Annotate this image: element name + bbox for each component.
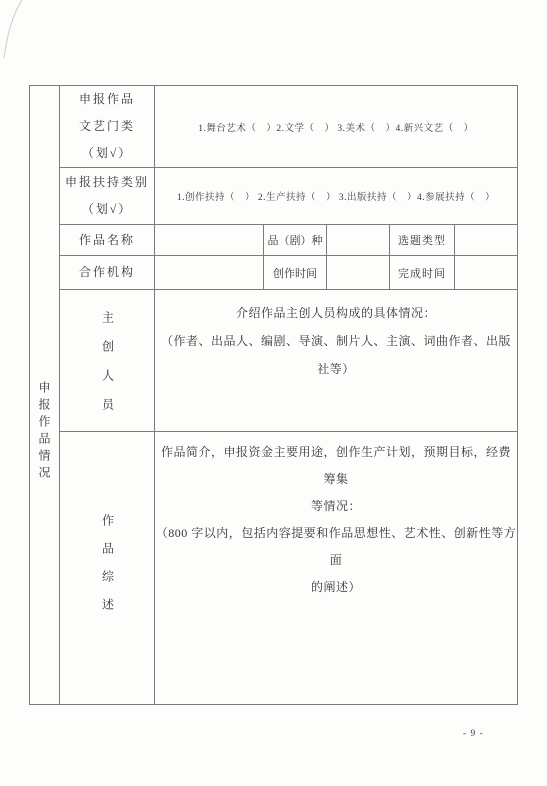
- creators-description-line1: 介绍作品主创人员构成的具体情况：: [155, 299, 517, 327]
- row-genre: 申报作品 文艺门类 （划√） 1.舞台艺术（ ）2.文学（ ） 3.美术（ ）4…: [60, 86, 517, 168]
- scanned-form-page: 申报作品情况 申报作品 文艺门类 （划√） 1.舞台艺术（ ）2.文学（ ） 3…: [0, 0, 547, 786]
- summary-description-line1: 作品简介，申报资金主要用途，创作生产计划，预期目标，经费筹集: [155, 439, 517, 493]
- creators-side-label: 主创人员: [94, 311, 121, 427]
- work-kind-label: 品（剧）种: [264, 225, 327, 255]
- genre-options-cell: 1.舞台艺术（ ）2.文学（ ） 3.美术（ ）4.新兴文艺（ ）: [155, 86, 517, 167]
- finish-time-value-cell: [455, 256, 517, 289]
- summary-description-line4: 的阐述）: [155, 574, 517, 601]
- work-name-value-cell: [155, 225, 264, 255]
- table-side-column: 申报作品情况: [30, 86, 60, 704]
- genre-label-line3: （划√）: [82, 140, 133, 167]
- creation-time-value-cell: [327, 256, 390, 289]
- finish-time-label: 完成时间: [390, 256, 455, 289]
- summary-description-cell: 作品简介，申报资金主要用途，创作生产计划，预期目标，经费筹集 等情况： （800…: [155, 432, 517, 704]
- support-label-cell: 申报扶持类别 （划√）: [60, 168, 155, 224]
- page-number: - 9 -: [463, 729, 484, 739]
- support-label-line1: 申报扶持类别: [65, 169, 149, 196]
- summary-side-label: 作品综述: [94, 514, 121, 626]
- side-label-declared-work-info: 申报作品情况: [36, 381, 53, 483]
- creators-description-cell: 介绍作品主创人员构成的具体情况： （作者、出品人、编剧、导演、制片人、主演、词曲…: [155, 290, 517, 431]
- genre-label-cell: 申报作品 文艺门类 （划√）: [60, 86, 155, 167]
- work-kind-value-cell: [327, 225, 390, 255]
- row-cooperation: 合作机构 创作时间 完成时间: [60, 256, 517, 290]
- topic-type-value-cell: [455, 225, 517, 255]
- work-name-label: 作品名称: [60, 225, 155, 255]
- support-label-line2: （划√）: [82, 196, 133, 223]
- summary-description-line3: （800 字以内，包括内容提要和作品思想性、艺术性、创新性等方面: [155, 520, 517, 574]
- creators-description-line2: （作者、出品人、编剧、导演、制片人、主演、词曲作者、出版社等）: [155, 327, 517, 383]
- table-main-column: 申报作品 文艺门类 （划√） 1.舞台艺术（ ）2.文学（ ） 3.美术（ ）4…: [60, 86, 517, 704]
- coop-org-value-cell: [155, 256, 264, 289]
- application-form-table: 申报作品情况 申报作品 文艺门类 （划√） 1.舞台艺术（ ）2.文学（ ） 3…: [29, 85, 518, 705]
- creation-time-label: 创作时间: [264, 256, 327, 289]
- row-main-creators: 主创人员 介绍作品主创人员构成的具体情况： （作者、出品人、编剧、导演、制片人、…: [60, 290, 517, 432]
- summary-side-label-cell: 作品综述: [60, 432, 155, 704]
- scan-artifact-curve: [0, 0, 60, 80]
- genre-label-line2: 文艺门类: [79, 113, 135, 140]
- summary-description-line2: 等情况：: [155, 493, 517, 520]
- row-work-summary: 作品综述 作品简介，申报资金主要用途，创作生产计划，预期目标，经费筹集 等情况：…: [60, 432, 517, 704]
- row-work-name: 作品名称 品（剧）种 选题类型: [60, 225, 517, 256]
- coop-org-label: 合作机构: [60, 256, 155, 289]
- topic-type-label: 选题类型: [390, 225, 455, 255]
- creators-side-label-cell: 主创人员: [60, 290, 155, 431]
- support-options-cell: 1.创作扶持（ ） 2.生产扶持（ ） 3.出版扶持（ ）4.参展扶持（ ）: [155, 168, 517, 224]
- genre-label-line1: 申报作品: [79, 86, 135, 113]
- row-support-category: 申报扶持类别 （划√） 1.创作扶持（ ） 2.生产扶持（ ） 3.出版扶持（ …: [60, 168, 517, 225]
